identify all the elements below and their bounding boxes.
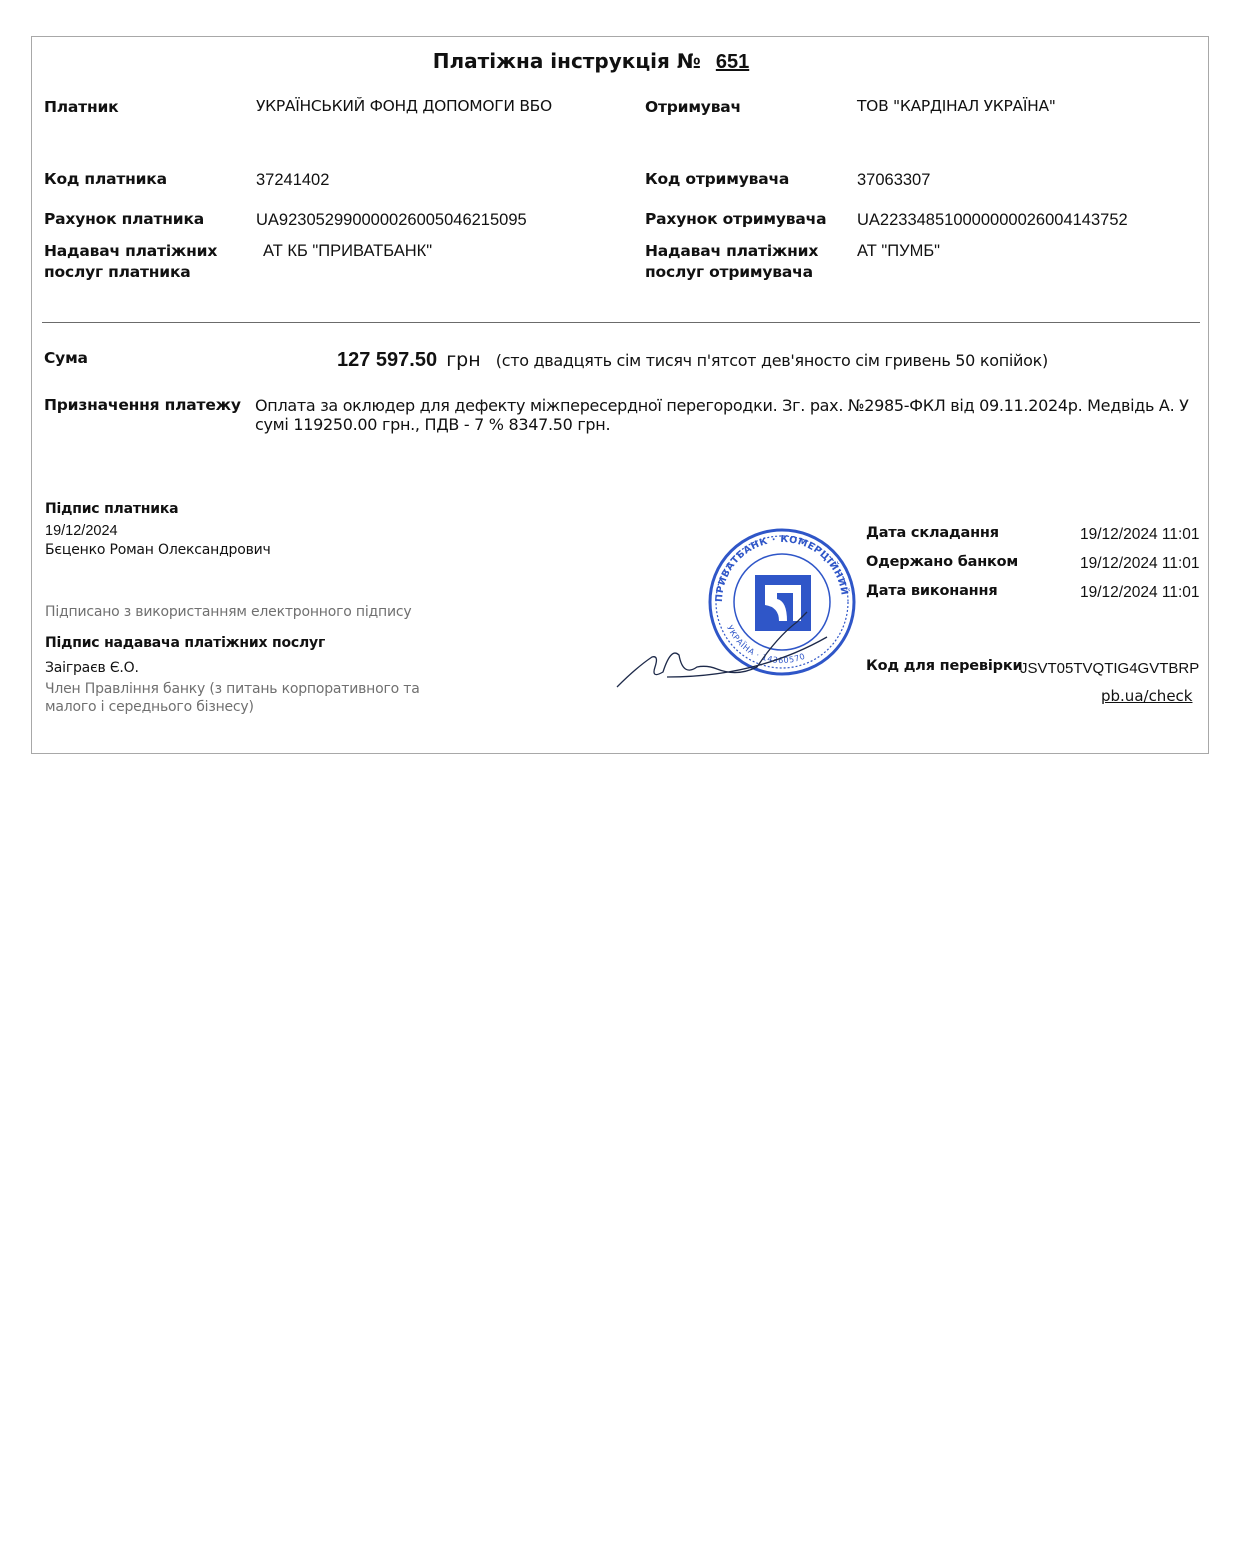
- payer-bank-label: Надавач платіжних послуг платника: [44, 241, 217, 283]
- payer-label: Платник: [44, 97, 118, 118]
- position-line1: Член Правління банку (з питань корпорати…: [45, 680, 420, 698]
- provider-signature-label: Підпис надавача платіжних послуг: [45, 635, 325, 651]
- received-date: 19/12/2024 11:01: [1080, 555, 1200, 573]
- purpose-label: Призначення платежу: [44, 395, 241, 416]
- recipient-bank-label-line2: послуг отримувача: [645, 262, 818, 283]
- provider-signer-position: Член Правління банку (з питань корпорати…: [45, 680, 420, 716]
- payer-code-label: Код платника: [44, 169, 167, 190]
- provider-signer-name: Заіграєв Є.О.: [45, 659, 139, 677]
- verification-code: JSVT05TVQTIG4GVTBRP: [1020, 660, 1199, 677]
- payer-bank-label-line2: послуг платника: [44, 262, 217, 283]
- payer-name: УКРАЇНСЬКИЙ ФОНД ДОПОМОГИ ВБО: [256, 96, 552, 116]
- electronic-signature-note: Підписано з використанням електронного п…: [45, 603, 411, 621]
- purpose-text: Оплата за оклюдер для дефекту міжпересер…: [255, 396, 1190, 434]
- payer-signature-date: 19/12/2024: [45, 523, 118, 539]
- payer-code: 37241402: [256, 171, 329, 190]
- payer-bank-label-line1: Надавач платіжних: [44, 241, 217, 262]
- document-title: Платіжна інструкція № 651: [2, 49, 1180, 74]
- recipient-account-label: Рахунок отримувача: [645, 209, 826, 230]
- title-text: Платіжна інструкція №: [433, 49, 701, 73]
- payer-account-label: Рахунок платника: [44, 209, 204, 230]
- payer-signer-name: Бєценко Роман Олександрович: [45, 541, 271, 559]
- verification-link[interactable]: pb.ua/check: [1101, 687, 1192, 705]
- bank-stamp-icon: ПРИВАТБАНК · КОМЕРЦІЙНИЙ БАНК УКРАЇНА · …: [607, 527, 867, 697]
- amount-currency: грн: [446, 349, 480, 371]
- executed-date-label: Дата виконання: [866, 583, 997, 599]
- received-date-label: Одержано банком: [866, 554, 1018, 570]
- payer-signature-label: Підпис платника: [45, 501, 178, 517]
- recipient-name: ТОВ "КАРДІНАЛ УКРАЇНА": [857, 96, 1056, 116]
- amount-in-words: (сто двадцять сім тисяч п'ятсот дев'янос…: [496, 351, 1048, 370]
- recipient-label: Отримувач: [645, 97, 741, 118]
- position-line2: малого і середнього бізнесу): [45, 698, 420, 716]
- created-date-label: Дата складання: [866, 525, 999, 541]
- document-number: 651: [716, 51, 749, 73]
- payer-account: UA923052990000026005046215095: [256, 211, 527, 230]
- payer-bank: АТ КБ "ПРИВАТБАНК": [263, 242, 432, 261]
- recipient-code-label: Код отримувача: [645, 169, 789, 190]
- recipient-bank-label-line1: Надавач платіжних: [645, 241, 818, 262]
- payment-instruction-document: Платіжна інструкція № 651 Платник УКРАЇН…: [31, 36, 1209, 754]
- recipient-account: UA223348510000000026004143752: [857, 211, 1128, 230]
- amount-value: 127 597.50: [337, 349, 437, 371]
- recipient-bank-label: Надавач платіжних послуг отримувача: [645, 241, 818, 283]
- section-divider: [42, 322, 1200, 323]
- amount-label: Сума: [44, 348, 88, 369]
- recipient-code: 37063307: [857, 171, 930, 190]
- executed-date: 19/12/2024 11:01: [1080, 584, 1200, 602]
- verification-code-label: Код для перевірки: [866, 658, 1022, 674]
- amount-row: 127 597.50 грн (сто двадцять сім тисяч п…: [337, 349, 1048, 372]
- recipient-bank: АТ "ПУМБ": [857, 242, 940, 261]
- created-date: 19/12/2024 11:01: [1080, 526, 1200, 544]
